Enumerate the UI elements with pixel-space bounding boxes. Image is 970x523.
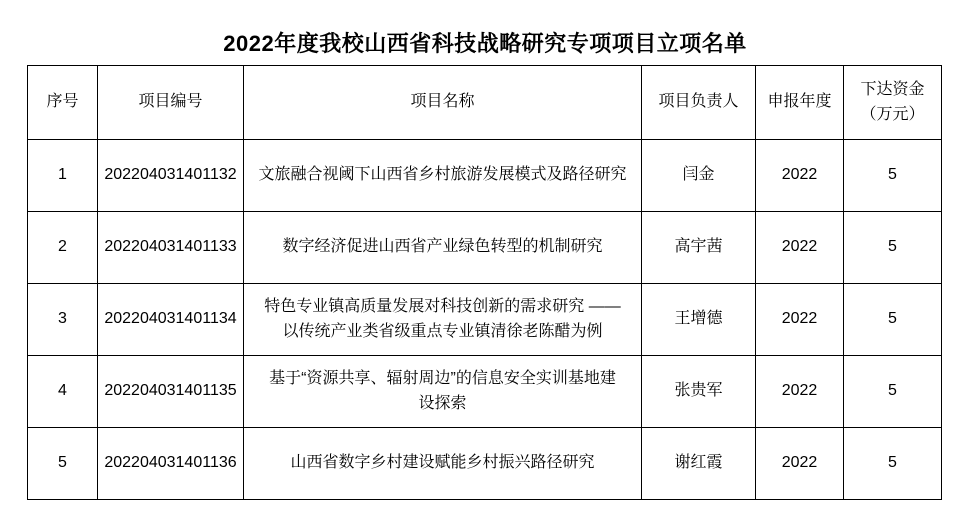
cell-project-code: 202204031401134 [98, 284, 244, 356]
cell-serial-number: 3 [28, 284, 98, 356]
cell-funding-amount: 5 [844, 428, 942, 500]
header-project-code: 项目编号 [98, 66, 244, 140]
cell-project-leader: 闫金 [642, 140, 756, 212]
cell-application-year: 2022 [756, 356, 844, 428]
cell-project-name: 特色专业镇高质量发展对科技创新的需求研究 —— 以传统产业类省级重点专业镇清徐老… [244, 284, 642, 356]
table-row: 5 202204031401136 山西省数字乡村建设赋能乡村振兴路径研究 谢红… [28, 428, 942, 500]
cell-project-code: 202204031401135 [98, 356, 244, 428]
cell-project-name: 数字经济促进山西省产业绿色转型的机制研究 [244, 212, 642, 284]
cell-application-year: 2022 [756, 212, 844, 284]
cell-project-leader: 王增德 [642, 284, 756, 356]
header-project-leader: 项目负责人 [642, 66, 756, 140]
table-header-row: 序号 项目编号 项目名称 项目负责人 申报年度 下达资金 （万元） [28, 66, 942, 140]
header-serial-number: 序号 [28, 66, 98, 140]
cell-project-leader: 谢红霞 [642, 428, 756, 500]
page-title: 2022年度我校山西省科技战略研究专项项目立项名单 [0, 0, 970, 58]
cell-funding-amount: 5 [844, 140, 942, 212]
cell-funding-amount: 5 [844, 356, 942, 428]
cell-serial-number: 2 [28, 212, 98, 284]
cell-project-code: 202204031401132 [98, 140, 244, 212]
cell-application-year: 2022 [756, 428, 844, 500]
table-row: 4 202204031401135 基于“资源共享、辐射周边”的信息安全实训基地… [28, 356, 942, 428]
table-row: 3 202204031401134 特色专业镇高质量发展对科技创新的需求研究 —… [28, 284, 942, 356]
cell-serial-number: 4 [28, 356, 98, 428]
cell-project-name: 文旅融合视阈下山西省乡村旅游发展模式及路径研究 [244, 140, 642, 212]
cell-funding-amount: 5 [844, 284, 942, 356]
table-row: 2 202204031401133 数字经济促进山西省产业绿色转型的机制研究 高… [28, 212, 942, 284]
header-application-year: 申报年度 [756, 66, 844, 140]
cell-application-year: 2022 [756, 140, 844, 212]
cell-project-name: 基于“资源共享、辐射周边”的信息安全实训基地建 设探索 [244, 356, 642, 428]
cell-project-leader: 张贵军 [642, 356, 756, 428]
document-page: 2022年度我校山西省科技战略研究专项项目立项名单 序号 项目编号 项目名称 项… [0, 0, 970, 523]
cell-funding-amount: 5 [844, 212, 942, 284]
cell-project-name: 山西省数字乡村建设赋能乡村振兴路径研究 [244, 428, 642, 500]
cell-project-code: 202204031401136 [98, 428, 244, 500]
cell-project-code: 202204031401133 [98, 212, 244, 284]
header-funding-amount: 下达资金 （万元） [844, 66, 942, 140]
table-row: 1 202204031401132 文旅融合视阈下山西省乡村旅游发展模式及路径研… [28, 140, 942, 212]
cell-serial-number: 5 [28, 428, 98, 500]
cell-project-leader: 高宇茜 [642, 212, 756, 284]
project-approval-table: 序号 项目编号 项目名称 项目负责人 申报年度 下达资金 （万元） 1 2022… [27, 65, 942, 500]
cell-application-year: 2022 [756, 284, 844, 356]
cell-serial-number: 1 [28, 140, 98, 212]
header-project-name: 项目名称 [244, 66, 642, 140]
